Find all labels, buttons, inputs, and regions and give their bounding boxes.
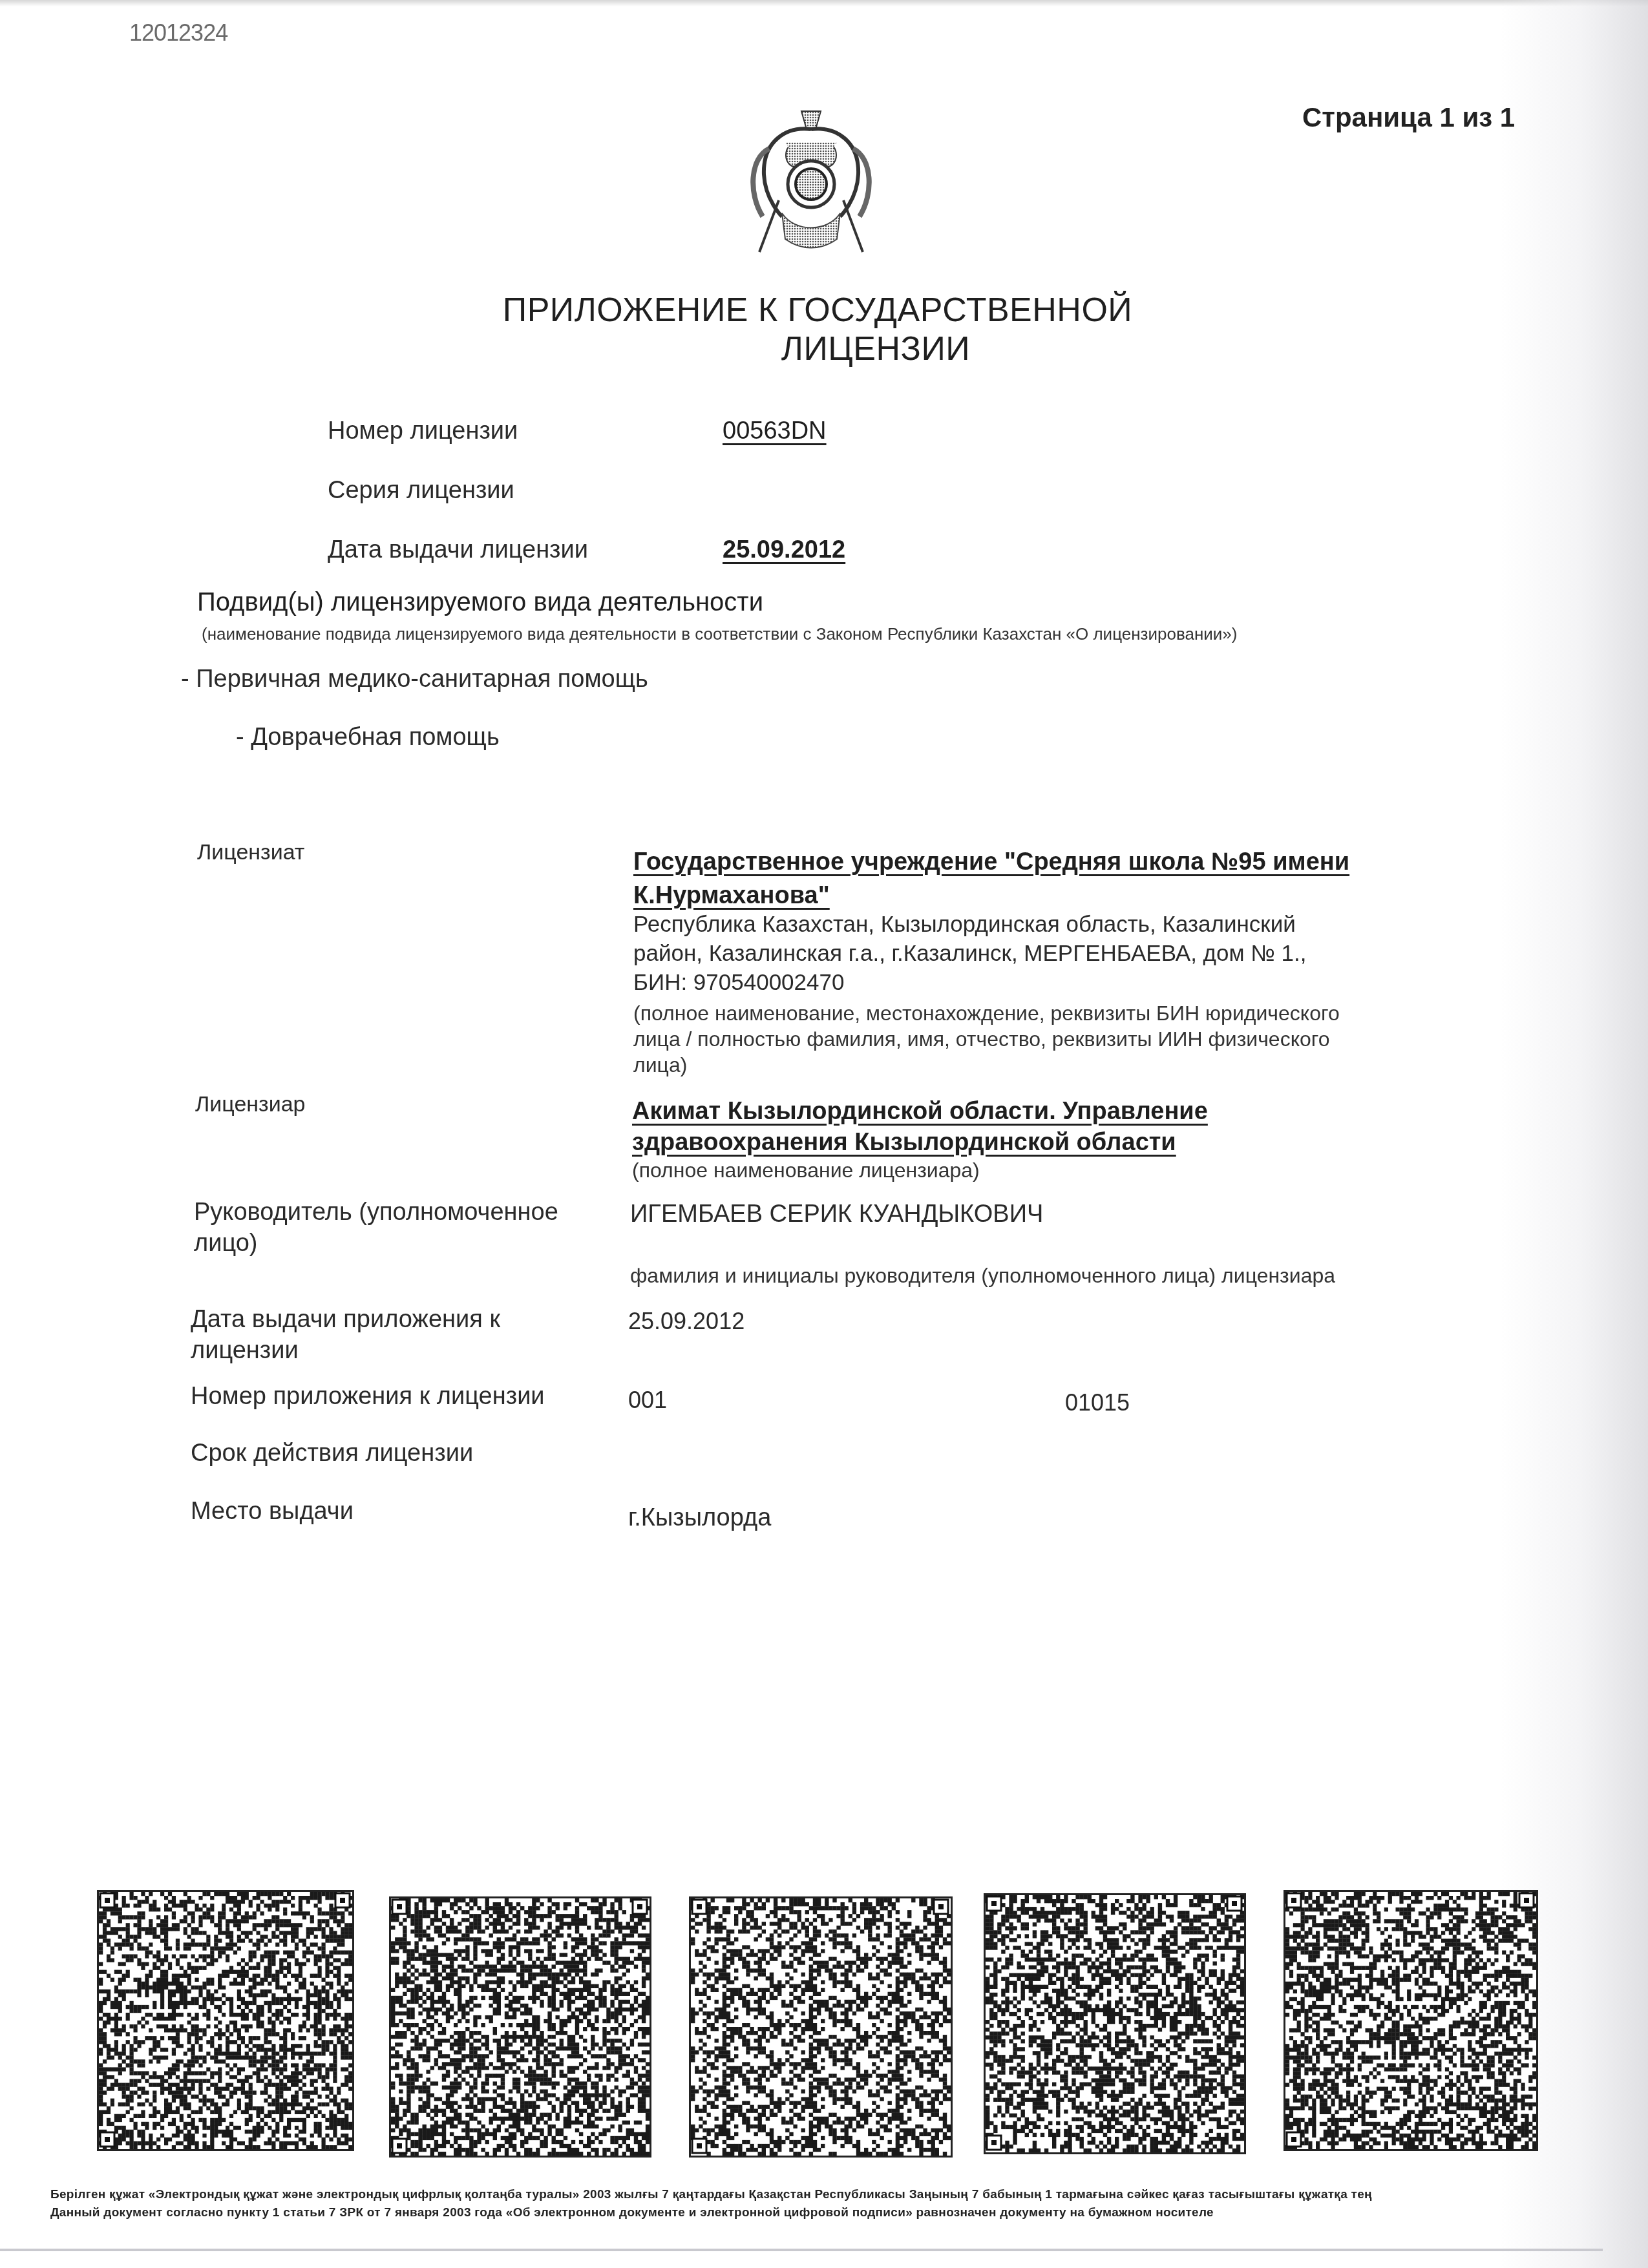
annex-number-label: Номер приложения к лицензии: [191, 1383, 545, 1411]
barcode-1: [97, 1890, 354, 2151]
annex-date-value: 25.09.2012: [628, 1308, 745, 1335]
license-issue-date-value: 25.09.2012: [723, 536, 845, 564]
scan-bottom-edge: [0, 2249, 1603, 2251]
licensee-address-line-1: Республика Казахстан, Кызылординская обл…: [633, 910, 1306, 939]
annex-number-value: 001: [628, 1387, 667, 1414]
licensee-name-line-1: Государственное учреждение "Средняя школ…: [633, 846, 1349, 877]
licensor-name: Акимат Кызылординской области. Управлени…: [632, 1096, 1208, 1158]
barcode-2: [389, 1896, 651, 2158]
licensee-address-line-2: район, Казалинская г.а., г.Казалинск, МЕ…: [633, 939, 1306, 968]
head-name: ИГЕМБАЕВ СЕРИК КУАНДЫКОВИЧ: [630, 1201, 1043, 1228]
license-series-label: Серия лицензии: [328, 477, 514, 505]
issue-place-value: г.Кызылорда: [628, 1504, 771, 1532]
scan-top-edge: [0, 0, 1648, 6]
licensee-note: (полное наименование, местонахождение, р…: [633, 1000, 1340, 1078]
document-title-line-1: ПРИЛОЖЕНИЕ К ГОСУДАРСТВЕННОЙ: [0, 291, 1642, 330]
licensee-name-line-2: К.Нурмаханова": [633, 880, 1349, 911]
footer-legal-note-ru: Данный документ согласно пункту 1 статьи…: [50, 2206, 1214, 2220]
subtype-item: - Доврачебная помощь: [236, 724, 500, 751]
footer-legal-note-kz: Берілген құжат «Электрондық құжат және э…: [50, 2188, 1372, 2202]
page-indicator: Страница 1 из 1: [1302, 102, 1515, 133]
licensee-bin: БИН: 970540002470: [633, 968, 1306, 997]
licensee-address: Республика Казахстан, Кызылординская обл…: [633, 910, 1306, 997]
annex-number-extra: 01015: [1065, 1389, 1130, 1416]
head-note: фамилия и инициалы руководителя (уполном…: [630, 1263, 1335, 1288]
barcode-3: [689, 1896, 953, 2158]
state-emblem-icon: [724, 103, 898, 258]
licensee-note-line-3: лица): [633, 1052, 1340, 1078]
license-number-value: 00563DN: [723, 417, 827, 445]
barcode-5: [1284, 1890, 1538, 2151]
licensor-name-line-1: Акимат Кызылординской области. Управлени…: [632, 1096, 1208, 1127]
subtypes-note: (наименование подвида лицензируемого вид…: [202, 622, 1237, 646]
head-label-line-1: Руководитель (уполномоченное: [194, 1197, 558, 1228]
licensee-label: Лицензиат: [197, 840, 304, 865]
subtypes-heading: Подвид(ы) лицензируемого вида деятельнос…: [197, 588, 763, 617]
issue-place-label: Место выдачи: [191, 1498, 354, 1526]
license-issue-date-label: Дата выдачи лицензии: [328, 536, 588, 564]
licensor-note: (полное наименование лицензиара): [632, 1158, 980, 1182]
licensee-note-line-2: лица / полностью фамилия, имя, отчество,…: [633, 1026, 1340, 1052]
licensor-label: Лицензиар: [195, 1092, 305, 1117]
licensor-name-line-2: здравоохранения Кызылординской области: [632, 1127, 1208, 1158]
subtype-item: - Первичная медико-санитарная помощь: [181, 666, 648, 693]
annex-date-label: Дата выдачи приложения к лицензии: [191, 1304, 500, 1366]
head-label-line-2: лицо): [194, 1228, 558, 1259]
license-validity-label: Срок действия лицензии: [191, 1440, 473, 1467]
head-label: Руководитель (уполномоченное лицо): [194, 1197, 558, 1259]
licensee-name: Государственное учреждение "Средняя школ…: [633, 846, 1349, 911]
document-id: 12012324: [129, 19, 227, 47]
annex-date-label-line-1: Дата выдачи приложения к: [191, 1304, 500, 1335]
license-number-label: Номер лицензии: [328, 417, 518, 445]
annex-date-label-line-2: лицензии: [191, 1335, 500, 1366]
licensee-note-line-1: (полное наименование, местонахождение, р…: [633, 1000, 1340, 1026]
document-title-line-2: ЛИЦЕНЗИИ: [52, 330, 1648, 368]
barcode-4: [984, 1893, 1246, 2154]
